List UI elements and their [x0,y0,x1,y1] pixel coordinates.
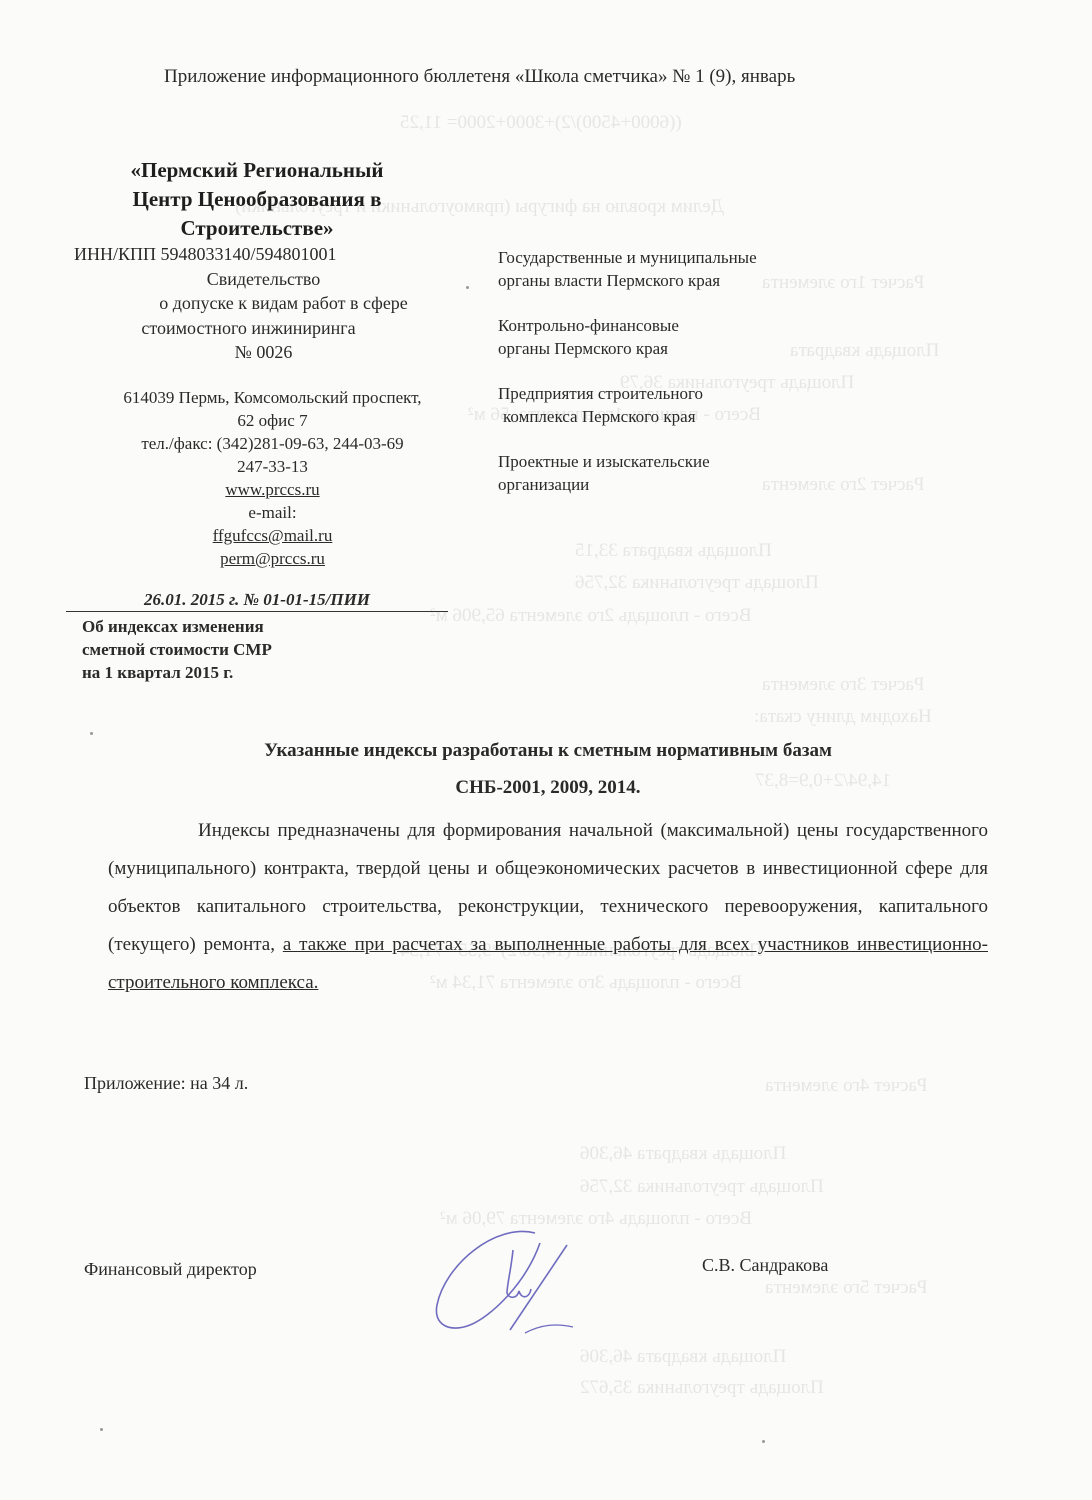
signatory-title: Финансовый директор [84,1259,257,1280]
scan-speck [762,1440,765,1443]
recipient: Государственные и муниципальные органы в… [498,246,757,292]
subject-line: на 1 квартал 2015 г. [82,661,272,684]
organization-details: ИНН/КПП 5948033140/594801001 Свидетельст… [66,242,461,365]
address-line: 62 офис 7 [80,409,465,432]
certificate-line: о допуске к видам работ в сфере [66,291,461,316]
bleed-through-line: Расчет 2го элемента [762,474,924,496]
bleed-through-line: Расчет 1го элемента [762,272,924,294]
recipient: Проектные и изыскательские организации [498,450,757,496]
bleed-through-line: Площадь квадрата 46,306 [580,1143,786,1165]
recipient-line: органы Пермского края [498,337,757,360]
signatory-name: С.В. Сандракова [702,1255,828,1276]
recipient: Контрольно-финансовые органы Пермского к… [498,314,757,360]
organization-name: «Пермский Региональный Центр Ценообразов… [92,156,422,243]
handwritten-signature [415,1225,585,1340]
certificate-number: № 0026 [66,340,461,365]
recipient-line: Контрольно-финансовые [498,314,757,337]
document-subject: Об индексах изменения сметной стоимости … [82,615,272,684]
scan-speck [90,732,93,735]
recipient-line: Предприятия строительного [498,382,757,405]
recipient-line: Государственные и муниципальные [498,246,757,269]
recipient-line: Проектные и изыскательские [498,450,757,473]
certificate-line: Свидетельство [66,267,461,292]
address-line: 614039 Пермь, Комсомольский проспект, [80,386,465,409]
bleed-through-line: Расчет 3го элемента [762,674,924,696]
certificate-line: стоимостного инжиниринга [36,316,461,341]
appendix-note: Приложение: на 34 л. [84,1073,248,1094]
email-link[interactable]: ffgufccs@mail.ru [213,526,333,545]
inn-kpp: ИНН/КПП 5948033140/594801001 [74,242,461,267]
main-heading: Указанные индексы разработаны к сметным … [108,740,988,762]
registration-number: 26.01. 2015 г. № 01-01-15/ПИИ [66,590,448,612]
org-name-line: Центр Ценообразования в [92,185,422,214]
org-name-line: Строительстве» [92,214,422,243]
org-name-line: «Пермский Региональный [92,156,422,185]
bleed-through-line: Расчет 4го элемента [765,1075,927,1097]
phone-line: тел./факс: (342)281-09-63, 244-03-69 [80,432,465,455]
email-link[interactable]: perm@prccs.ru [220,549,325,568]
recipient-line: комплекса Пермского края [498,405,757,428]
bleed-through-line: Находим длину ската: [754,706,932,728]
bleed-through-line: ((6000+4500)/2)+3000+2000= 11,25 [400,112,682,134]
bulletin-header: Приложение информационного бюллетеня «Шк… [164,66,795,88]
subject-line: сметной стоимости СМР [82,638,272,661]
bleed-through-line: Площадь треугольника 35,672 [580,1377,824,1399]
website-link[interactable]: www.prccs.ru [225,480,319,499]
recipient-line: органы власти Пермского края [498,269,757,292]
organization-contacts: 614039 Пермь, Комсомольский проспект, 62… [80,386,465,570]
subject-line: Об индексах изменения [82,615,272,638]
main-heading-bases: СНБ-2001, 2009, 2014. [108,777,988,799]
bleed-through-line: Площадь треугольника 32,756 [575,572,819,594]
scan-speck [466,286,469,289]
email-label: e-mail: [80,501,465,524]
recipient: Предприятия строительного комплекса Перм… [498,382,757,428]
main-body-paragraph: Индексы предназначены для формирования н… [108,812,988,1002]
bleed-through-line: Расчет 5го элемента [765,1277,927,1299]
phone-line: 247-33-13 [80,455,465,478]
bleed-through-line: Площадь квадрата 46,306 [580,1346,786,1368]
scan-speck [100,1428,103,1431]
bleed-through-line: Всего - площадь 2го элемента 65,906 м² [430,605,752,627]
bleed-through-line: Площадь квадрата 33,15 [575,540,772,562]
bleed-through-line: Площадь квадрата [790,340,939,362]
recipient-line: организации [498,473,757,496]
recipients-list: Государственные и муниципальные органы в… [498,246,757,518]
bleed-through-line: Площадь треугольника 32,756 [580,1176,824,1198]
